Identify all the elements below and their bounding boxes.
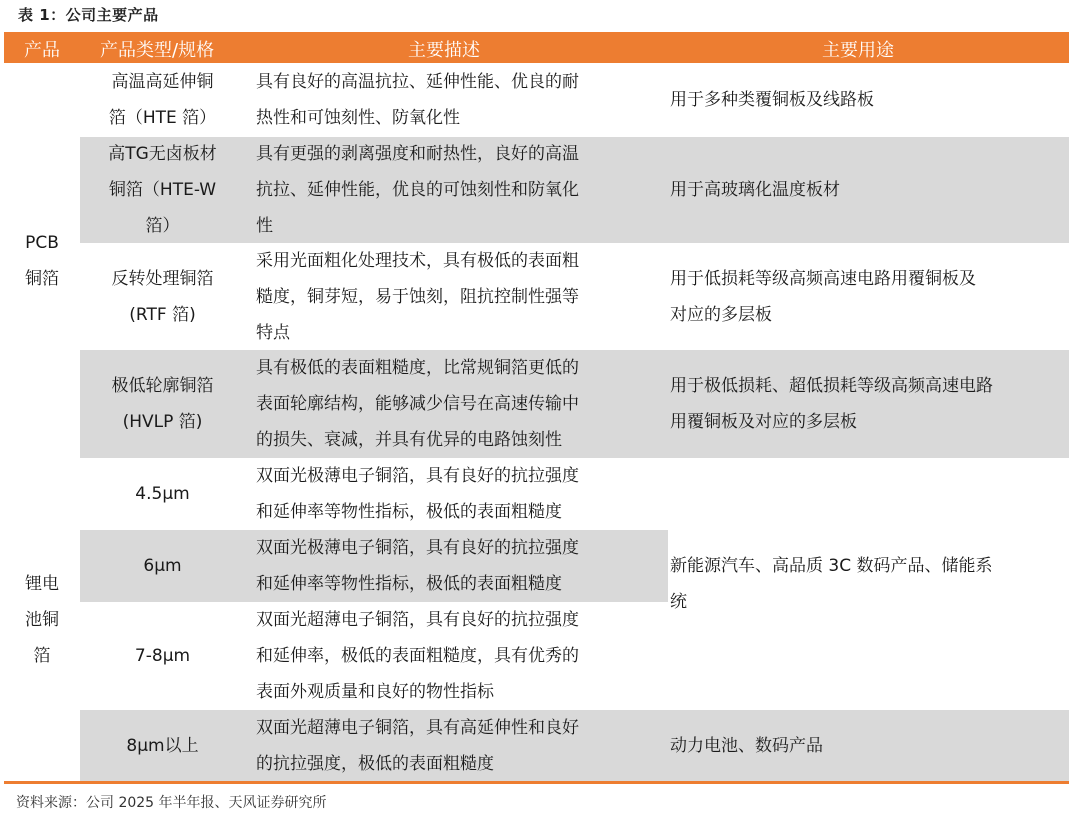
group-label-line: 锂电 — [25, 566, 59, 602]
product-type-cell-line: 8μm以上 — [80, 728, 245, 764]
product-type-cell: 反转处理铜箔(RTF 箔) — [80, 243, 245, 350]
table-row: 8μm以上双面光超薄电子铜箔，具有高延伸性和良好的抗拉强度，极低的表面粗糙度动力… — [80, 710, 1069, 781]
table-row: 高温高延伸铜箔（HTE 箔）具有良好的高温抗拉、延伸性能、优良的耐热性和可蚀刻性… — [80, 63, 1069, 137]
description-cell: 采用光面粗化处理技术，具有极低的表面粗糙度，铜芽短，易于蚀刻，阻抗控制性强等特点 — [256, 243, 656, 350]
description-cell-line: 抗拉、延伸性能，优良的可蚀刻性和防氧化 — [256, 172, 656, 208]
merged-usage-cell: 新能源汽车、高品质 3C 数码产品、储能系统 — [670, 458, 1065, 710]
description-cell: 具有极低的表面粗糙度，比常规铜箔更低的表面轮廓结构，能够减少信号在高速传输中的损… — [256, 350, 656, 458]
description-cell-line: 和延伸率，极低的表面粗糙度，具有优秀的 — [256, 638, 656, 674]
description-cell-line: 具有良好的高温抗拉、延伸性能、优良的耐 — [256, 64, 656, 100]
product-type-cell: 8μm以上 — [80, 710, 245, 781]
table-row: 极低轮廓铜箔(HVLP 箔)具有极低的表面粗糙度，比常规铜箔更低的表面轮廓结构，… — [80, 350, 1069, 458]
usage-cell-line: 用覆铜板及对应的多层板 — [670, 404, 1065, 440]
product-type-cell-line: 箔（HTE 箔） — [80, 100, 245, 136]
product-type-cell-line: 高TG无卤板材 — [80, 136, 245, 172]
merged-usage-line: 统 — [670, 584, 993, 620]
table-bottom-rule — [4, 781, 1069, 784]
product-type-cell-line: 7-8μm — [80, 638, 245, 674]
description-cell-line: 双面光极薄电子铜箔，具有良好的抗拉强度 — [256, 458, 656, 494]
usage-cell: 用于多种类覆铜板及线路板 — [670, 63, 1065, 137]
description-cell-line: 的损失、衰减，并具有优异的电路蚀刻性 — [256, 422, 656, 458]
description-cell-line: 和延伸率等物性指标，极低的表面粗糙度 — [256, 494, 656, 530]
usage-cell-line: 动力电池、数码产品 — [670, 728, 1065, 764]
product-type-cell-line: 高温高延伸铜 — [80, 64, 245, 100]
table-header: 产品 产品类型/规格 主要描述 主要用途 — [4, 32, 1069, 63]
usage-cell-line: 用于极低损耗、超低损耗等级高频高速电路 — [670, 368, 1065, 404]
description-cell-line: 的抗拉强度，极低的表面粗糙度 — [256, 746, 656, 782]
description-cell-line: 性 — [256, 208, 656, 244]
group-label-line: 箔 — [25, 638, 59, 674]
product-type-cell: 极低轮廓铜箔(HVLP 箔) — [80, 350, 245, 458]
description-cell-line: 具有更强的剥离强度和耐热性，良好的高温 — [256, 136, 656, 172]
usage-cell-line: 用于多种类覆铜板及线路板 — [670, 82, 1065, 118]
group-lithium-battery-copper-foil: 锂电池铜箔 — [4, 458, 80, 781]
header-usage: 主要用途 — [822, 36, 894, 62]
description-cell-line: 和延伸率等物性指标，极低的表面粗糙度 — [256, 566, 656, 602]
product-type-cell: 6μm — [80, 530, 245, 602]
usage-cell: 动力电池、数码产品 — [670, 710, 1065, 781]
description-cell-line: 双面光极薄电子铜箔，具有良好的抗拉强度 — [256, 530, 656, 566]
description-cell-line: 糙度，铜芽短，易于蚀刻，阻抗控制性强等 — [256, 279, 656, 315]
table-row: 高TG无卤板材铜箔（HTE-W箔）具有更强的剥离强度和耐热性，良好的高温抗拉、延… — [80, 137, 1069, 243]
usage-cell: 用于低损耗等级高频高速电路用覆铜板及对应的多层板 — [670, 243, 1065, 350]
product-type-cell: 7-8μm — [80, 602, 245, 710]
description-cell-line: 热性和可蚀刻性、防氧化性 — [256, 100, 656, 136]
description-cell-line: 特点 — [256, 315, 656, 351]
product-type-cell-line: 铜箔（HTE-W — [80, 172, 245, 208]
product-type-cell-line: 4.5μm — [80, 476, 245, 512]
description-cell-line: 双面光超薄电子铜箔，具有高延伸性和良好 — [256, 710, 656, 746]
header-description: 主要描述 — [408, 36, 480, 62]
source-note: 资料来源：公司 2025 年半年报、天风证券研究所 — [16, 792, 327, 812]
group-label-line: 铜箔 — [25, 261, 59, 297]
usage-cell-line: 用于高玻璃化温度板材 — [670, 172, 1065, 208]
product-type-cell: 高TG无卤板材铜箔（HTE-W箔） — [80, 137, 245, 243]
description-cell: 具有更强的剥离强度和耐热性，良好的高温抗拉、延伸性能，优良的可蚀刻性和防氧化性 — [256, 137, 656, 243]
header-product: 产品 — [24, 36, 60, 62]
description-cell: 双面光极薄电子铜箔，具有良好的抗拉强度和延伸率等物性指标，极低的表面粗糙度 — [256, 530, 656, 602]
group-pcb-copper-foil: PCB铜箔 — [4, 63, 80, 458]
product-type-cell-line: 极低轮廓铜箔 — [80, 368, 245, 404]
usage-cell: 用于高玻璃化温度板材 — [670, 137, 1065, 243]
product-type-cell-line: (HVLP 箔) — [80, 404, 245, 440]
description-cell: 双面光超薄电子铜箔，具有高延伸性和良好的抗拉强度，极低的表面粗糙度 — [256, 710, 656, 781]
usage-cell: 用于极低损耗、超低损耗等级高频高速电路用覆铜板及对应的多层板 — [670, 350, 1065, 458]
description-cell-line: 表面轮廓结构，能够减少信号在高速传输中 — [256, 386, 656, 422]
product-type-cell-line: 6μm — [80, 548, 245, 584]
table-caption: 表 1：公司主要产品 — [18, 4, 159, 25]
usage-cell-line: 对应的多层板 — [670, 297, 1065, 333]
description-cell-line: 表面外观质量和良好的物性指标 — [256, 674, 656, 710]
product-type-cell: 4.5μm — [80, 458, 245, 530]
group-label-line: 池铜 — [25, 602, 59, 638]
description-cell: 具有良好的高温抗拉、延伸性能、优良的耐热性和可蚀刻性、防氧化性 — [256, 63, 656, 137]
description-cell: 双面光超薄电子铜箔，具有良好的抗拉强度和延伸率，极低的表面粗糙度，具有优秀的表面… — [256, 602, 656, 710]
header-type: 产品类型/规格 — [100, 36, 214, 62]
usage-cell-line: 用于低损耗等级高频高速电路用覆铜板及 — [670, 261, 1065, 297]
description-cell-line: 双面光超薄电子铜箔，具有良好的抗拉强度 — [256, 602, 656, 638]
product-type-cell-line: 箔） — [80, 208, 245, 244]
group-label-line: PCB — [25, 225, 59, 261]
description-cell: 双面光极薄电子铜箔，具有良好的抗拉强度和延伸率等物性指标，极低的表面粗糙度 — [256, 458, 656, 530]
merged-usage-line: 新能源汽车、高品质 3C 数码产品、储能系 — [670, 548, 993, 584]
description-cell-line: 具有极低的表面粗糙度，比常规铜箔更低的 — [256, 350, 656, 386]
product-type-cell-line: (RTF 箔) — [80, 297, 245, 333]
table-row: 反转处理铜箔(RTF 箔)采用光面粗化处理技术，具有极低的表面粗糙度，铜芽短，易… — [80, 243, 1069, 350]
product-type-cell: 高温高延伸铜箔（HTE 箔） — [80, 63, 245, 137]
product-type-cell-line: 反转处理铜箔 — [80, 261, 245, 297]
description-cell-line: 采用光面粗化处理技术，具有极低的表面粗 — [256, 243, 656, 279]
